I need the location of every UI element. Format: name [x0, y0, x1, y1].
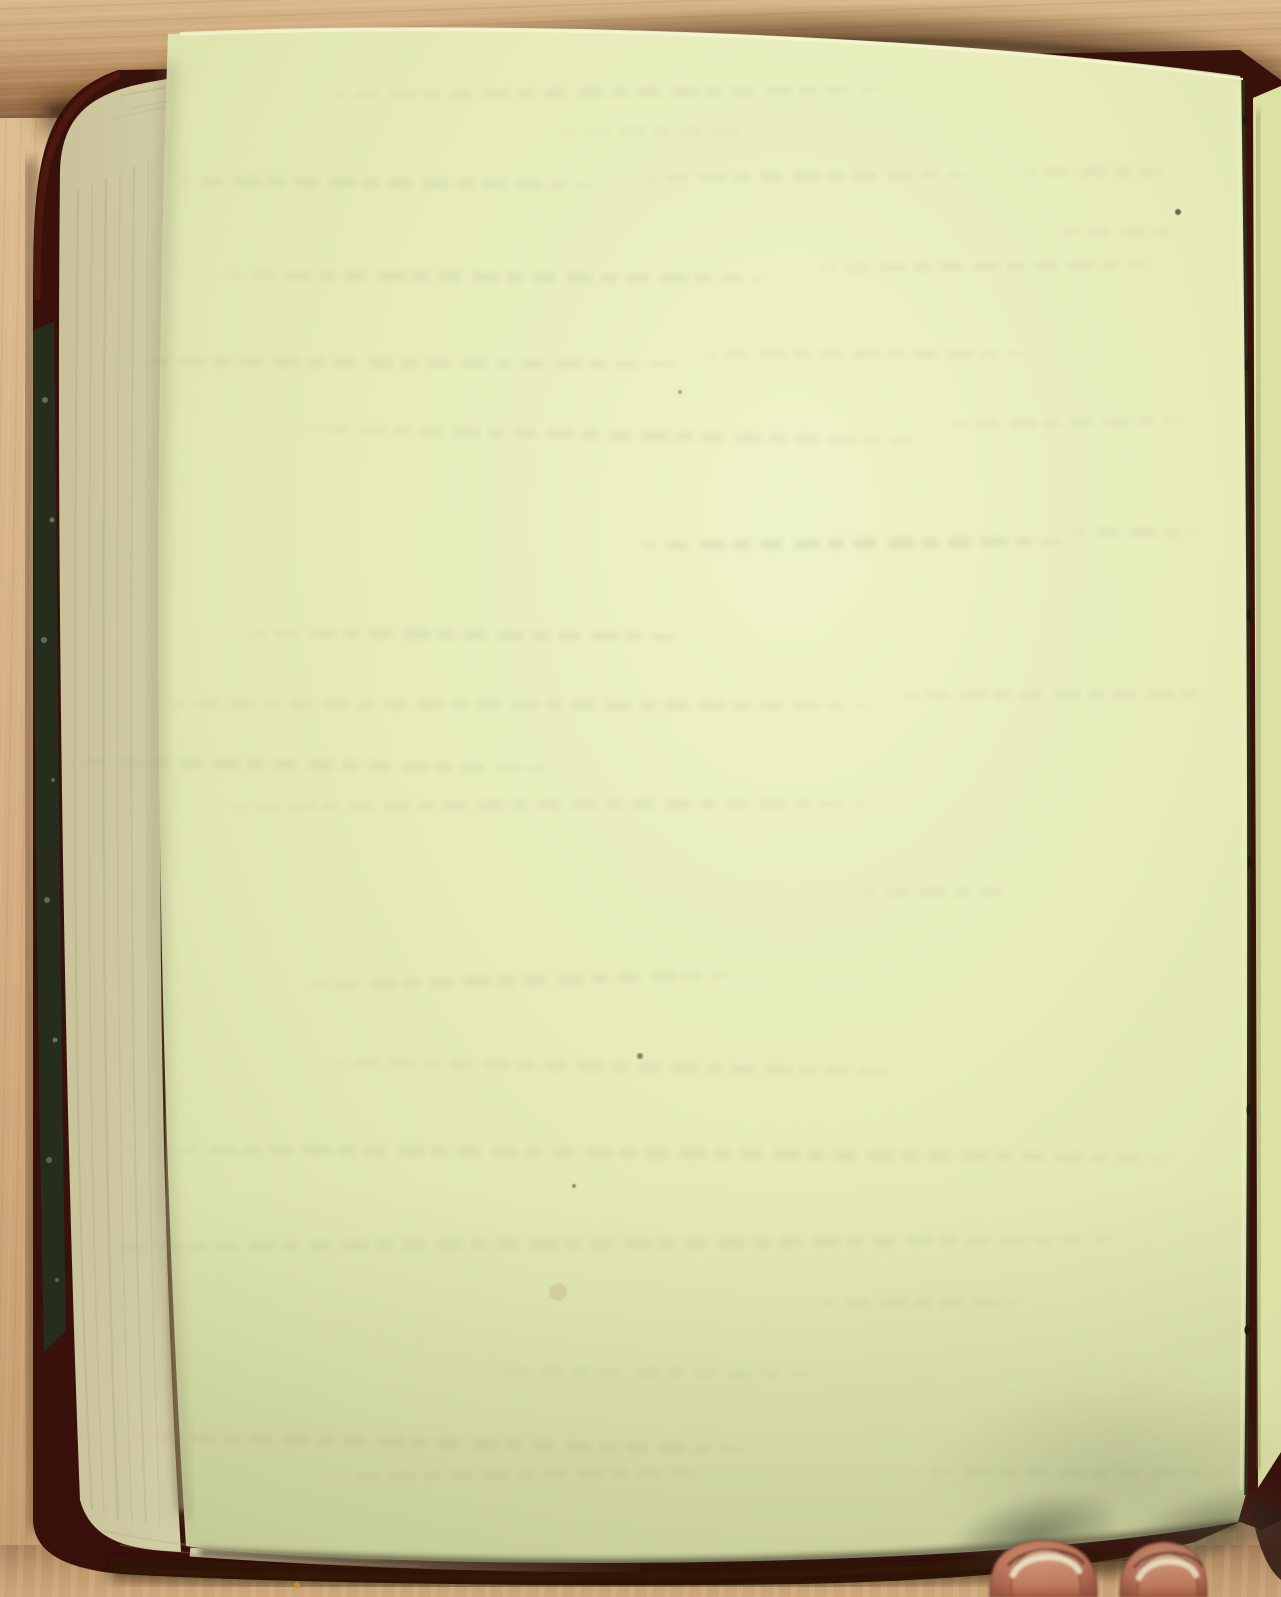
- fingertips-holding-page: [0, 0, 1281, 1597]
- left-fingertip: [990, 1540, 1097, 1597]
- right-fingertip: [1120, 1542, 1207, 1597]
- photo-scene: [0, 0, 1281, 1597]
